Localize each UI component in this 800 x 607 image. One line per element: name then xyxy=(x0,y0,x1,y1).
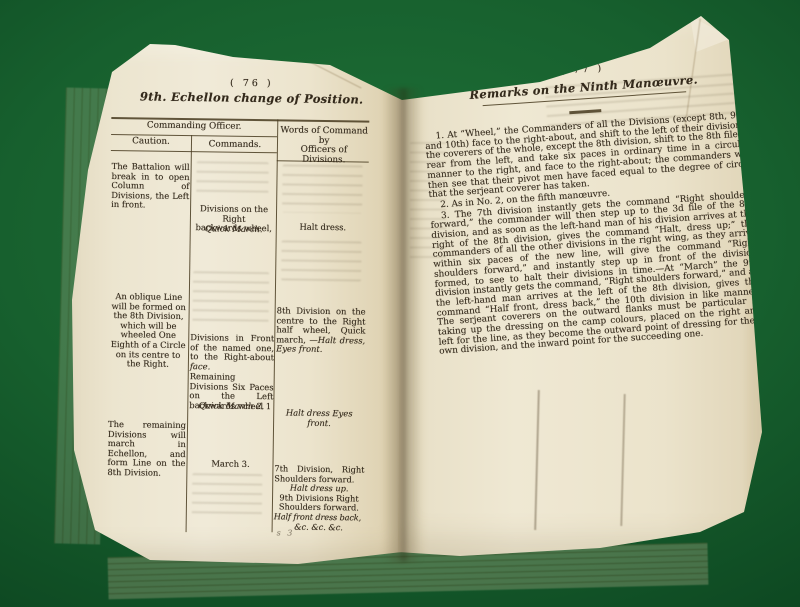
signature-mark: s 3 xyxy=(255,528,315,538)
gutter-shadow xyxy=(384,88,422,562)
left-page-content: ( 76 ) 9th. Echellon change of Position.… xyxy=(105,70,378,552)
cell-words-4: 7th Division, Right Shoulders forward. H… xyxy=(274,464,365,532)
cell-commands-4: March 3. xyxy=(190,459,270,470)
cell-words-4-line1: 7th Division, Right Shoulders forward. xyxy=(274,464,364,484)
remarks-body: 1. At “Wheel,” the Commanders of all the… xyxy=(424,111,763,359)
group-header: Commanding Officer. xyxy=(111,120,277,132)
cell-commands-1-italic: Quick March. xyxy=(192,224,276,235)
commands-header: Commands. xyxy=(193,139,277,150)
photo-background: ( 76 ) 9th. Echellon change of Position.… xyxy=(0,0,800,607)
show-through-text xyxy=(192,271,269,324)
cell-words-2: 8th Division on the centre to the Right … xyxy=(276,306,366,355)
show-through-text xyxy=(196,161,268,198)
cell-words-3: Halt dress Eyes front. xyxy=(273,408,365,428)
cell-words-1: Halt dress. xyxy=(280,222,366,233)
show-through-rule xyxy=(620,394,625,526)
cell-commands-2-italic: face. xyxy=(190,361,211,371)
subheader-rule xyxy=(111,150,277,153)
caution-header: Caution. xyxy=(111,136,191,147)
cell-caution-1: The Battalion will break in to open Colu… xyxy=(111,162,190,211)
left-page-title: 9th. Echellon change of Position. xyxy=(112,89,392,107)
left-page: ( 76 ) 9th. Echellon change of Position.… xyxy=(58,36,406,568)
cell-caution-3: The remaining Divisions will march in Ec… xyxy=(107,420,186,479)
cell-caution-2: An oblique Line will be formed on the 8t… xyxy=(108,292,189,370)
show-through-text xyxy=(281,240,362,281)
cell-commands-2: Divisions in Front of the named one, to … xyxy=(190,333,275,373)
right-page: ( 77 ) Remarks on the Ninth Manœuvre. 1.… xyxy=(396,12,768,558)
cell-words-4-line3: 9th Divisions Right Shoulders forward. xyxy=(274,493,364,513)
show-through-text xyxy=(282,164,363,213)
cell-commands-2-roman: Divisions in Front of the named one, to … xyxy=(190,332,274,362)
book: ( 76 ) 9th. Echellon change of Position.… xyxy=(0,0,800,607)
remark-paragraph-3: 3. The 7th division instantly gets the c… xyxy=(430,191,763,358)
show-through-rule xyxy=(534,390,539,530)
cell-commands-3-italic: Quick March 2. xyxy=(189,401,273,412)
show-through-text xyxy=(192,473,263,518)
words-header: Words of Command by Officers of Division… xyxy=(279,126,370,165)
